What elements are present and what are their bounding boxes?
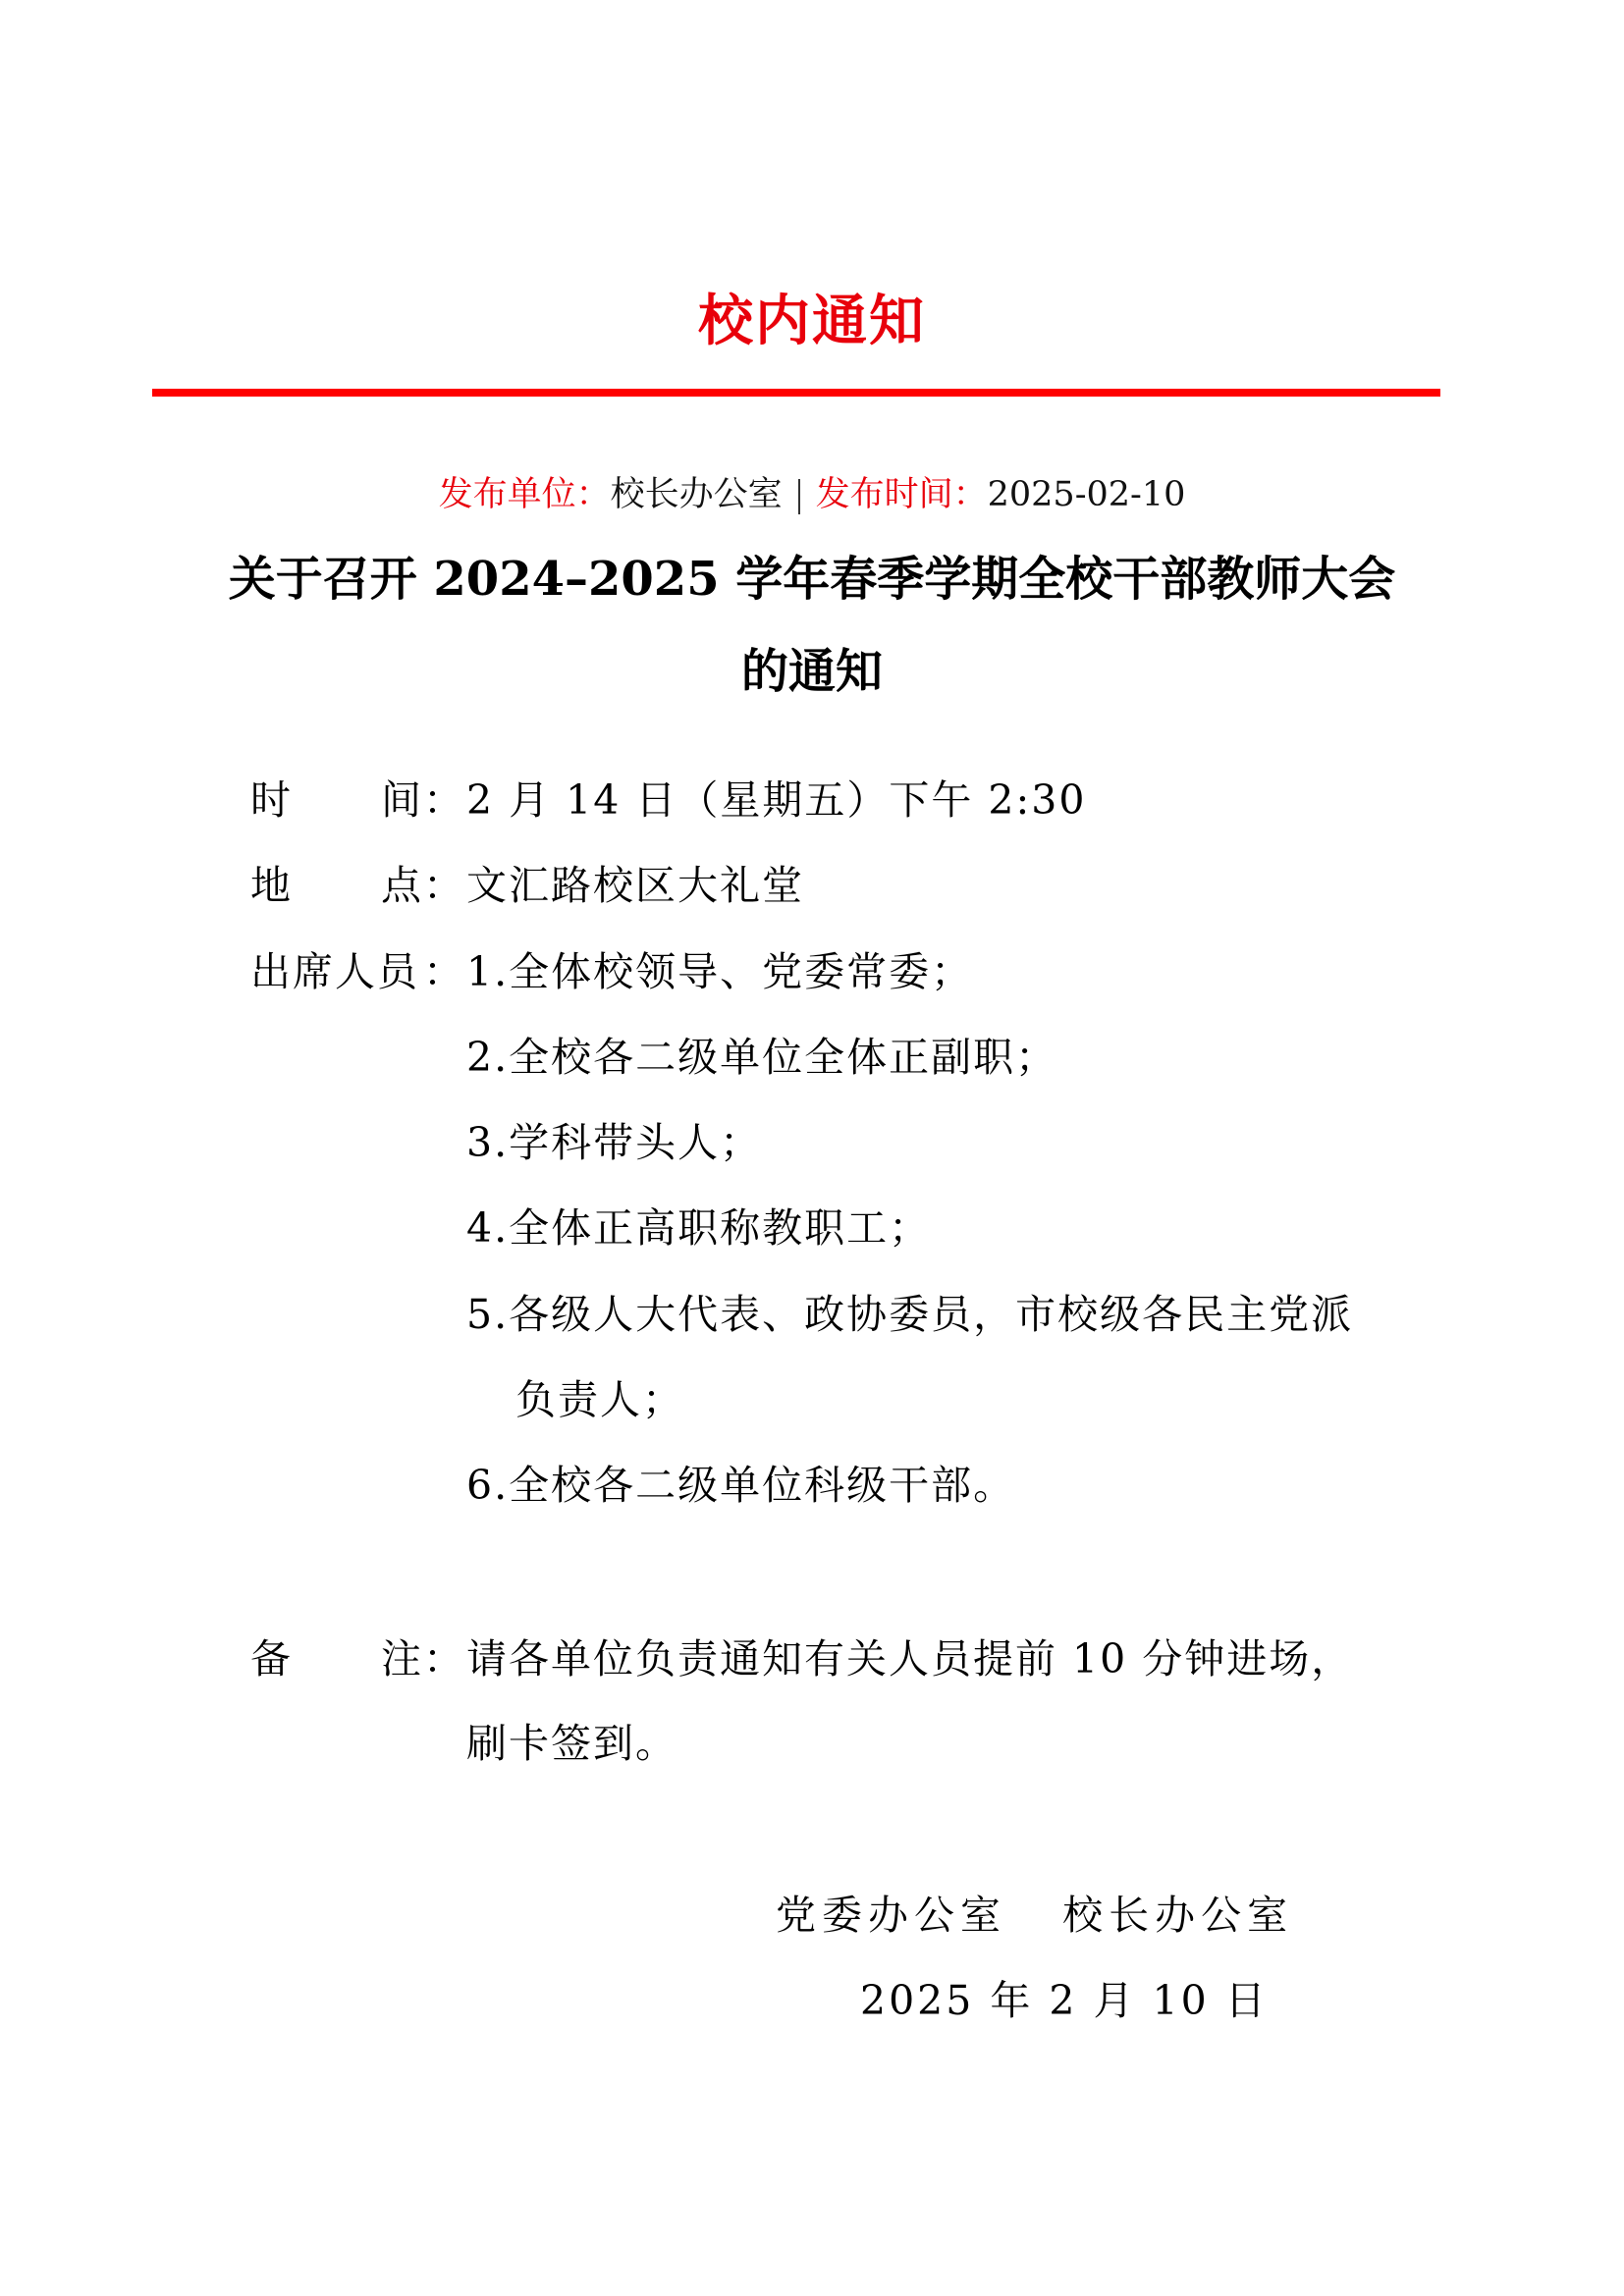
remark-row: 备注：请各单位负责通知有关人员提前 10 分钟进场， — [250, 1634, 1353, 1683]
time-value: 2 月 14 日（星期五）下午 2:30 — [466, 776, 1086, 824]
attendee-item: 1.全体校领导、党委常委； — [466, 948, 973, 995]
remark-text-continuation: 刷卡签到。 — [466, 1719, 677, 1768]
time-label: 时间 — [250, 775, 423, 825]
attendees-row: 出席人员：1.全体校领导、党委常委； — [250, 947, 973, 996]
place-value: 文汇路校区大礼堂 — [466, 862, 804, 909]
attendee-item: 6.全校各二级单位科级干部。 — [466, 1461, 1015, 1510]
attendees-label: 出席人员 — [250, 947, 423, 996]
publish-meta: 发布单位：校长办公室发布时间：2025-02-10 — [0, 473, 1624, 516]
time-colon: ： — [423, 775, 466, 825]
attendee-item-continuation: 负责人； — [515, 1375, 684, 1424]
place-colon: ： — [423, 861, 466, 910]
signature-date: 2025 年 2 月 10 日 — [860, 1976, 1269, 2025]
publisher-value: 校长办公室 — [611, 475, 783, 514]
remark-label: 备注 — [250, 1634, 423, 1683]
place-row: 地点：文汇路校区大礼堂 — [250, 861, 804, 910]
attendees-colon: ： — [423, 947, 466, 996]
document-title-line1: 关于召开 2024–2025 学年春季学期全校干部教师大会 — [0, 550, 1624, 609]
signature-offices: 党委办公室 校长办公室 — [776, 1891, 1293, 1940]
attendee-item: 3.学科带头人； — [466, 1118, 762, 1167]
notice-header-title: 校内通知 — [0, 287, 1624, 355]
publisher-label: 发布单位： — [439, 475, 611, 514]
remark-text: 请各单位负责通知有关人员提前 10 分钟进场， — [466, 1635, 1353, 1682]
publish-date-label: 发布时间： — [816, 475, 988, 514]
meta-separator — [798, 479, 800, 514]
publish-date-value: 2025-02-10 — [988, 475, 1186, 514]
place-label: 地点 — [250, 861, 423, 910]
red-divider — [152, 389, 1440, 397]
remark-colon: ： — [423, 1634, 466, 1683]
attendee-item: 2.全校各二级单位全体正副职； — [466, 1033, 1057, 1082]
time-row: 时间：2 月 14 日（星期五）下午 2:30 — [250, 775, 1086, 825]
attendee-item: 5.各级人大代表、政协委员，市校级各民主党派 — [466, 1290, 1353, 1339]
document-title-line2: 的通知 — [0, 642, 1624, 701]
attendee-item: 4.全体正高职称教职工； — [466, 1203, 931, 1253]
